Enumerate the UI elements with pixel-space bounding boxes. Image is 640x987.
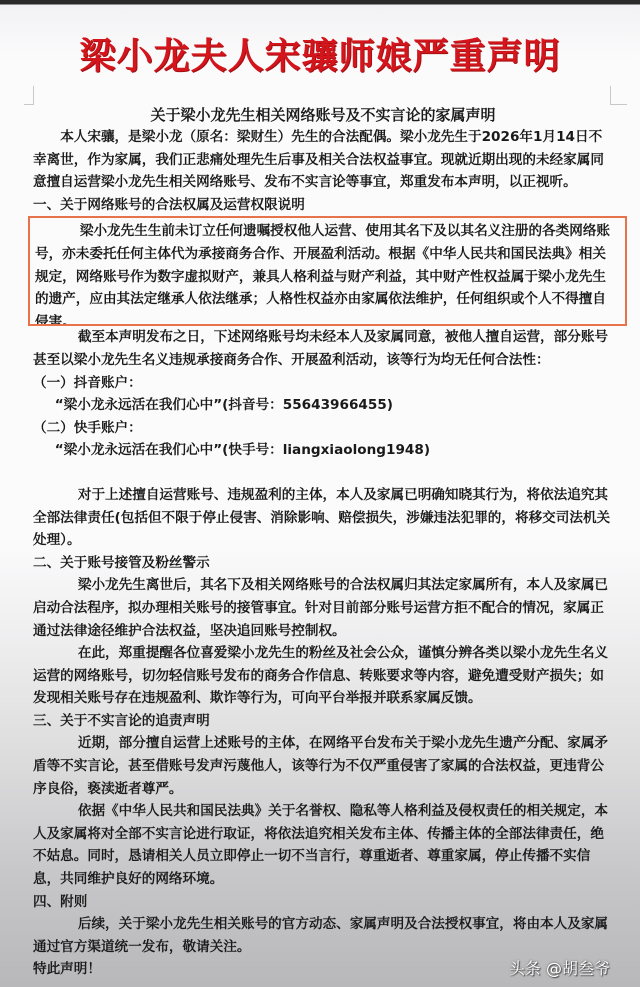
highlight-box: 梁小龙先生生前未订立任何遗嘱授权他人运营、使用其名下及以其名义注册的各类网络账号…	[28, 216, 627, 326]
section1-paragraph2: 截至本声明发布之日，下述网络账号均未经本人及家属同意，被他人擅自运营，部分账号甚…	[33, 326, 613, 371]
section3-paragraph1: 近期，部分擅自运营上述账号的主体，在网络平台发布关于梁小龙先生遗产分配、家属矛盾…	[33, 732, 613, 800]
section4-paragraph1: 后续，关于梁小龙先生相关账号的官方动态、家属声明及合法授权事宜，将由本人及家属通…	[33, 913, 613, 958]
section1-paragraph3: 对于上述擅自运营账号、违规盈利的主体，本人及家属已明确知晓其行为，将依法追究其全…	[33, 484, 613, 552]
statement-document: 关于梁小龙先生相关网络账号及不实言论的家属声明 本人宋骧，是梁小龙（原名：梁财生…	[33, 104, 613, 981]
account-label-douyin: （一）抖音账户：	[33, 372, 613, 395]
section4-heading: 四、附则	[33, 891, 613, 914]
highlighted-paragraph: 梁小龙先生生前未订立任何遗嘱授权他人运营、使用其名下及以其名义注册的各类网络账号…	[35, 220, 615, 326]
headline: 梁小龙夫人宋骧师娘严重声明	[0, 28, 640, 79]
section1-heading: 一、关于网络账号的合法权属及运营权限说明	[33, 194, 613, 217]
spacer	[33, 462, 613, 484]
section2-paragraph2: 在此，郑重提醒各位喜爱梁小龙先生的粉丝及社会公众，谨慎分辨各类以梁小龙先生名义运…	[33, 642, 613, 710]
section3-heading: 三、关于不实言论的追责声明	[33, 710, 613, 733]
section2-paragraph1: 梁小龙先生离世后，其名下及相关网络账号的合法权属归其法定家属所有，本人及家属已启…	[33, 574, 613, 642]
account-label-kuaishou: （二）快手账户：	[33, 417, 613, 440]
section2-heading: 二、关于账号接管及粉丝警示	[33, 552, 613, 575]
intro-paragraph: 本人宋骧，是梁小龙（原名：梁财生）先生的合法配偶。梁小龙先生于2026年1月14…	[33, 126, 613, 194]
watermark: 头条 @胡叁爷	[509, 956, 610, 979]
section3-paragraph2: 依据《中华人民共和国民法典》关于名誉权、隐私等人格利益及侵权责任的相关规定，本人…	[33, 800, 613, 890]
page-corner-mark-right	[610, 86, 627, 105]
document-title: 关于梁小龙先生相关网络账号及不实言论的家属声明	[33, 104, 613, 126]
page-corner-mark-left	[24, 86, 34, 105]
account-detail-kuaishou: “梁小龙永远活在我们心中”(快手号：liangxiaolong1948)	[33, 439, 613, 462]
account-detail-douyin: “梁小龙永远活在我们心中”(抖音号：55643966455)	[33, 394, 613, 417]
